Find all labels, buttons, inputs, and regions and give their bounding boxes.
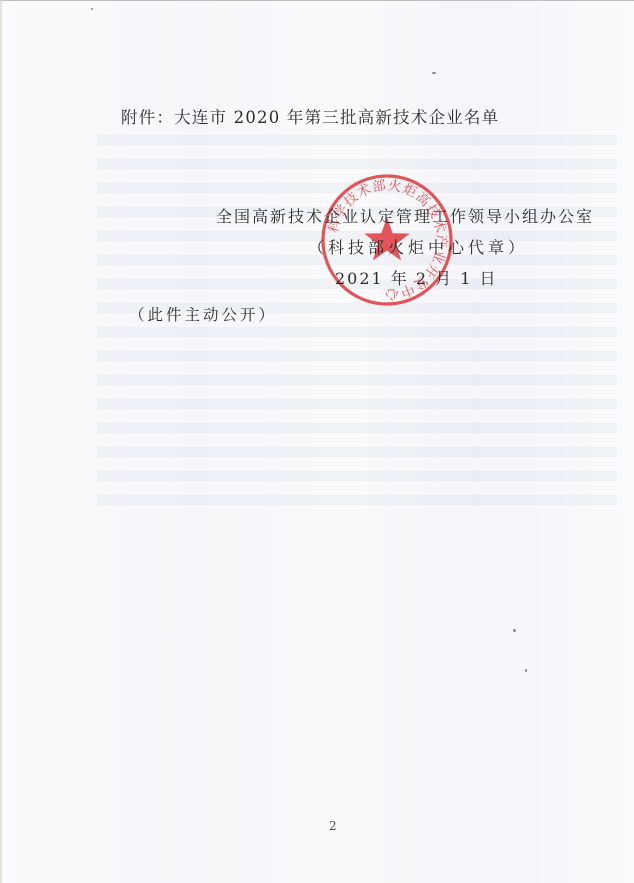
scan-speck	[513, 629, 516, 632]
scan-speck	[432, 72, 436, 74]
document-page: 附件：大连市 2020 年第三批高新技术企业名单 科学技术部火炬高技术产业开发中…	[0, 0, 634, 883]
attachment-line: 附件：大连市 2020 年第三批高新技术企业名单	[121, 104, 499, 128]
issuer-name: 全国高新技术企业认定管理工作领导小组办公室	[216, 204, 594, 227]
substitute-seal-note: （科技部火炬中心代章）	[308, 235, 528, 258]
page-number: 2	[329, 819, 337, 833]
scan-speck	[91, 8, 93, 10]
scan-speck	[525, 669, 527, 672]
disclosure-note: （此件主动公开）	[129, 303, 277, 325]
issue-date: 2021 年 2 月 1 日	[335, 266, 498, 289]
